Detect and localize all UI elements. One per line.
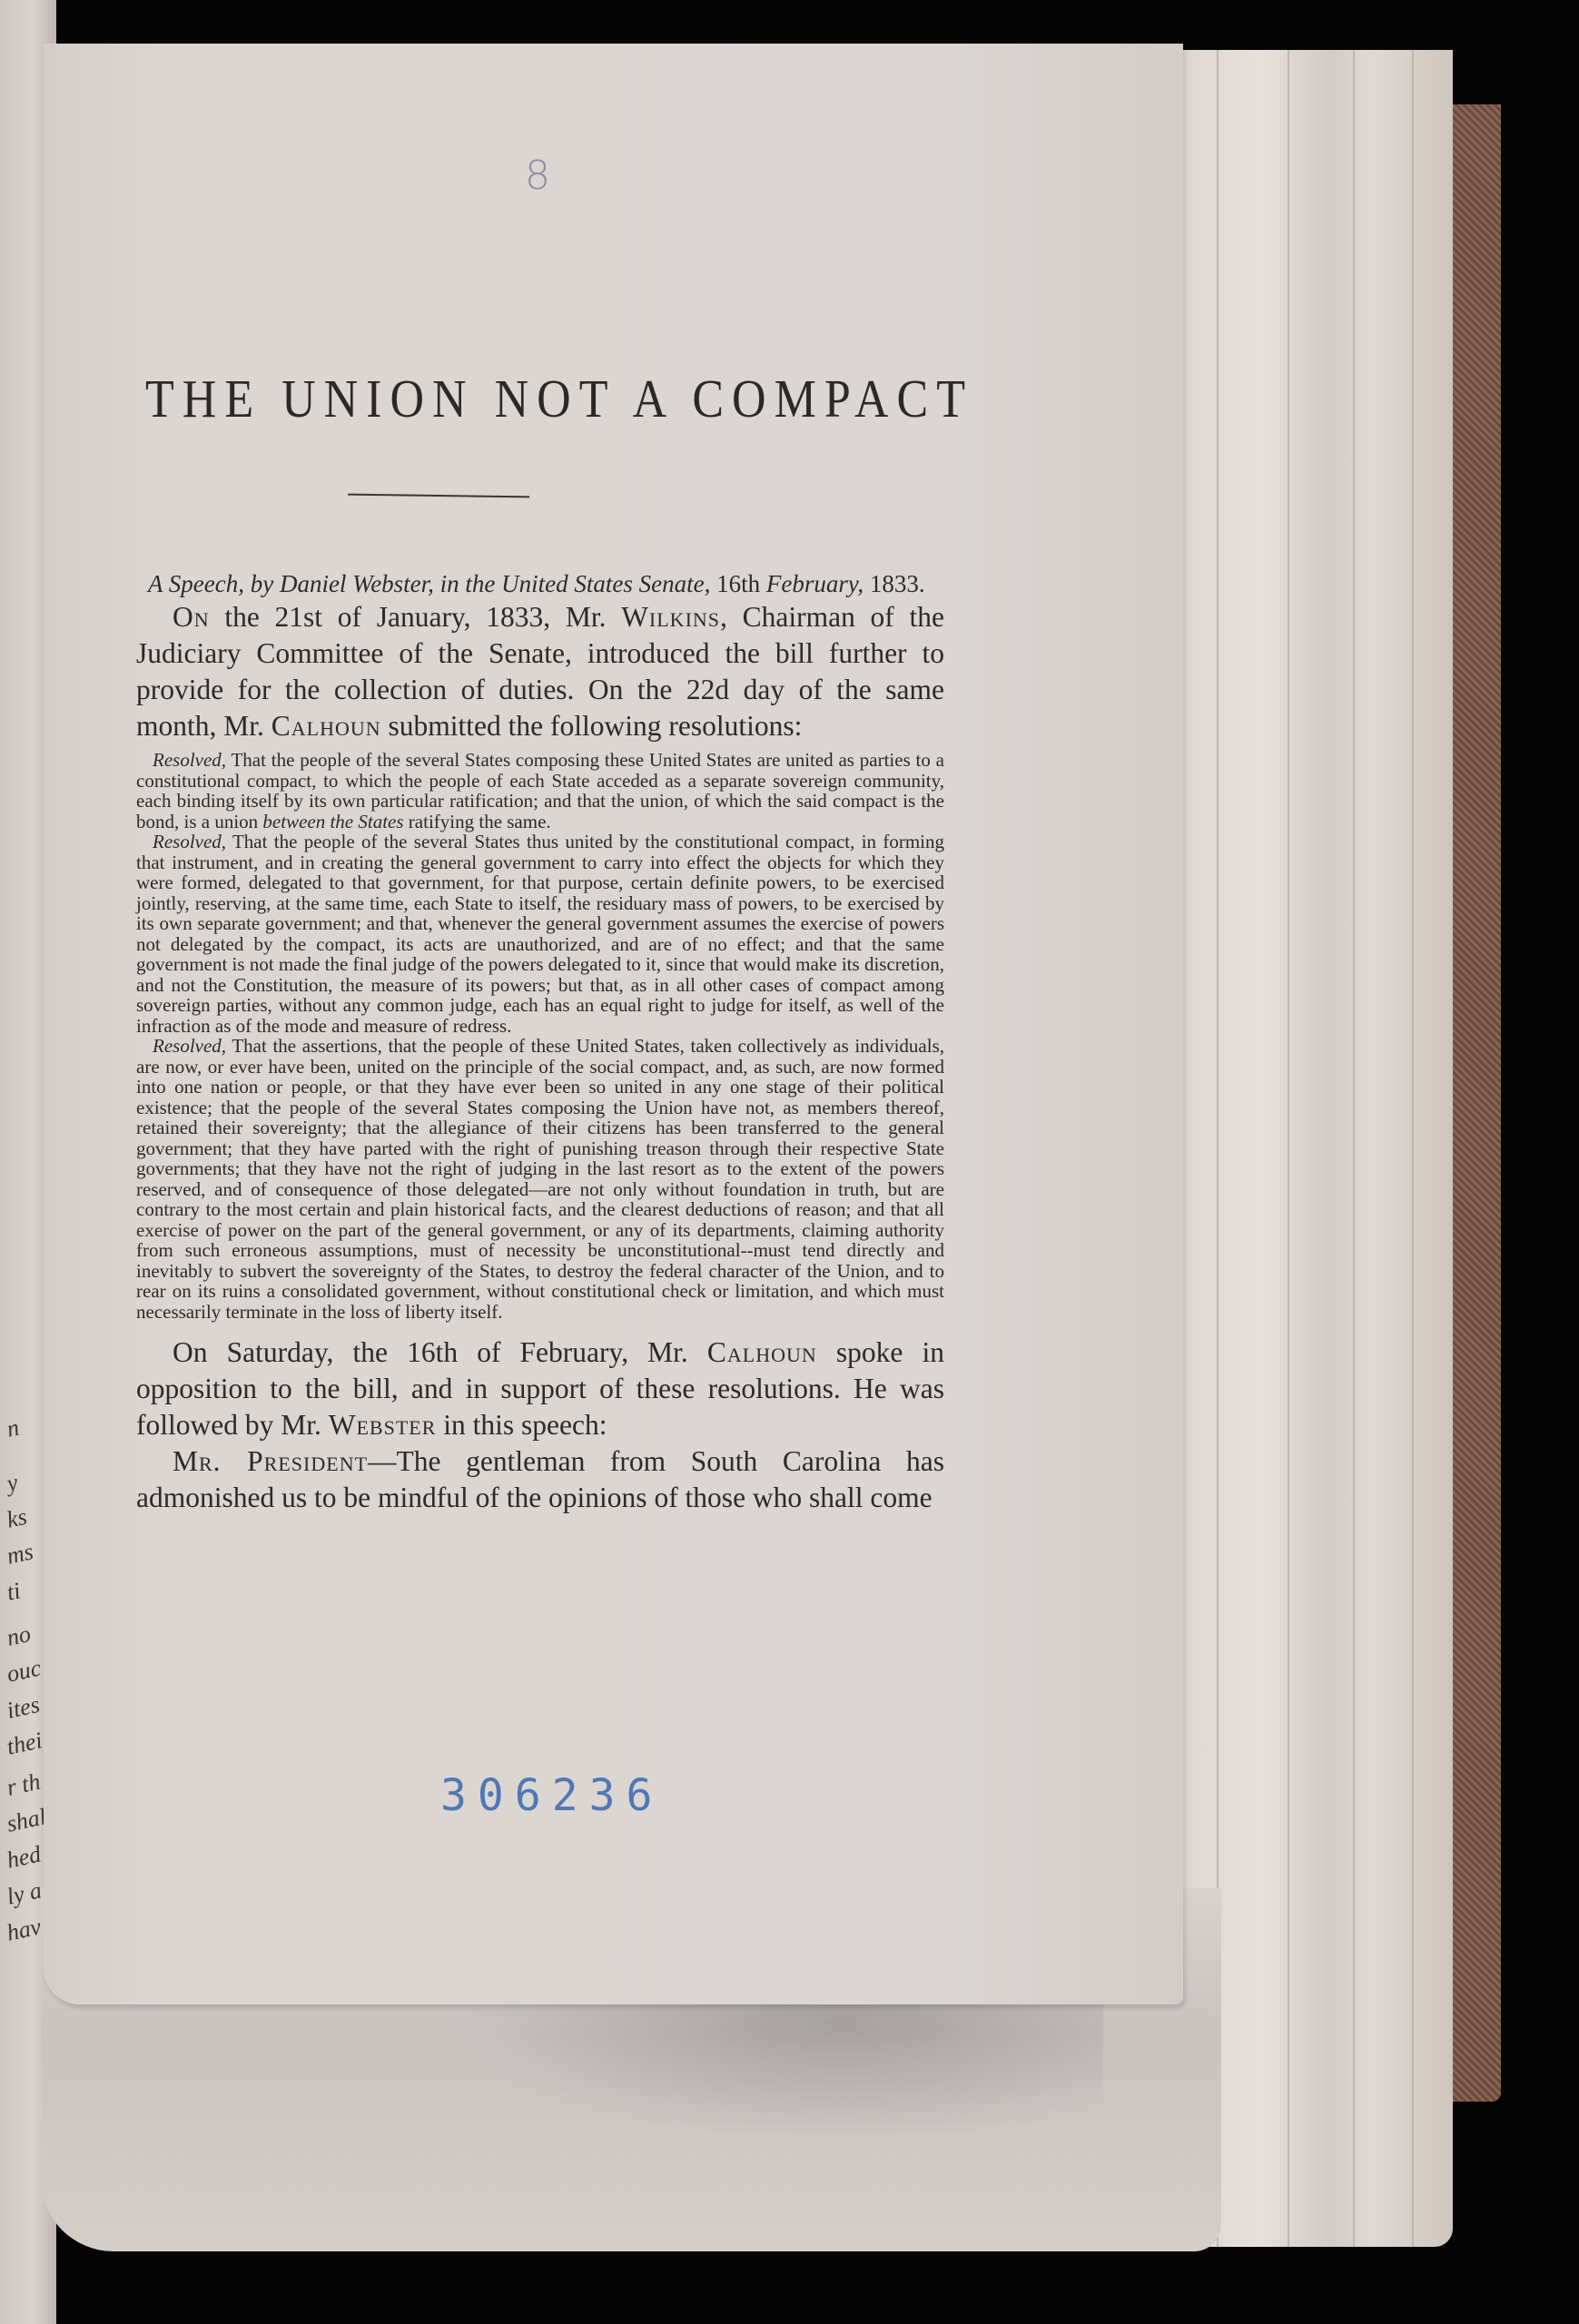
followup-paragraph: On Saturday, the 16th of February, Mr. C…	[136, 1334, 944, 1443]
speech-opening: Mr. President—The gentleman from South C…	[136, 1443, 944, 1516]
facing-page-fragment: no	[5, 1620, 34, 1652]
facing-page-fragment: ly a	[5, 1876, 44, 1910]
facing-page-fragment: y	[5, 1469, 21, 1498]
resolution-3: Resolved, That the assertions, that the …	[136, 1036, 944, 1322]
speech-subtitle: A Speech, by Daniel Webster, in the Unit…	[148, 570, 983, 598]
facing-page-fragment: ouc	[5, 1655, 44, 1689]
facing-page-fragment: ms	[5, 1538, 36, 1570]
page-edges-stack	[1180, 50, 1453, 2247]
intro-paragraph: On the 21st of January, 1833, Mr. Wilkin…	[136, 599, 944, 744]
facing-page-fragment: hed	[5, 1841, 44, 1875]
resolutions-block: Resolved, That the people of the several…	[136, 750, 944, 1322]
facing-page-fragment: shal	[5, 1803, 49, 1837]
facing-page-fragment: ti	[5, 1577, 23, 1606]
facing-page-fragment: n	[5, 1414, 22, 1443]
accession-stamp-number: 306236	[440, 1770, 663, 1821]
facing-page-fragment: thei	[5, 1727, 44, 1760]
facing-page-fragment: ks	[5, 1503, 29, 1534]
page-body-text: On the 21st of January, 1833, Mr. Wilkin…	[136, 599, 944, 1516]
title-rule-divider	[348, 494, 529, 498]
resolution-1: Resolved, That the people of the several…	[136, 750, 944, 832]
book-cover-cloth	[1448, 104, 1501, 2102]
pencil-folio-mark: 8	[525, 153, 550, 199]
page-title: THE UNION NOT A COMPACT	[145, 369, 944, 430]
resolution-2: Resolved, That the people of the several…	[136, 832, 944, 1036]
facing-page-fragment: r th	[5, 1768, 43, 1802]
facing-page-fragment: ites	[5, 1691, 43, 1725]
